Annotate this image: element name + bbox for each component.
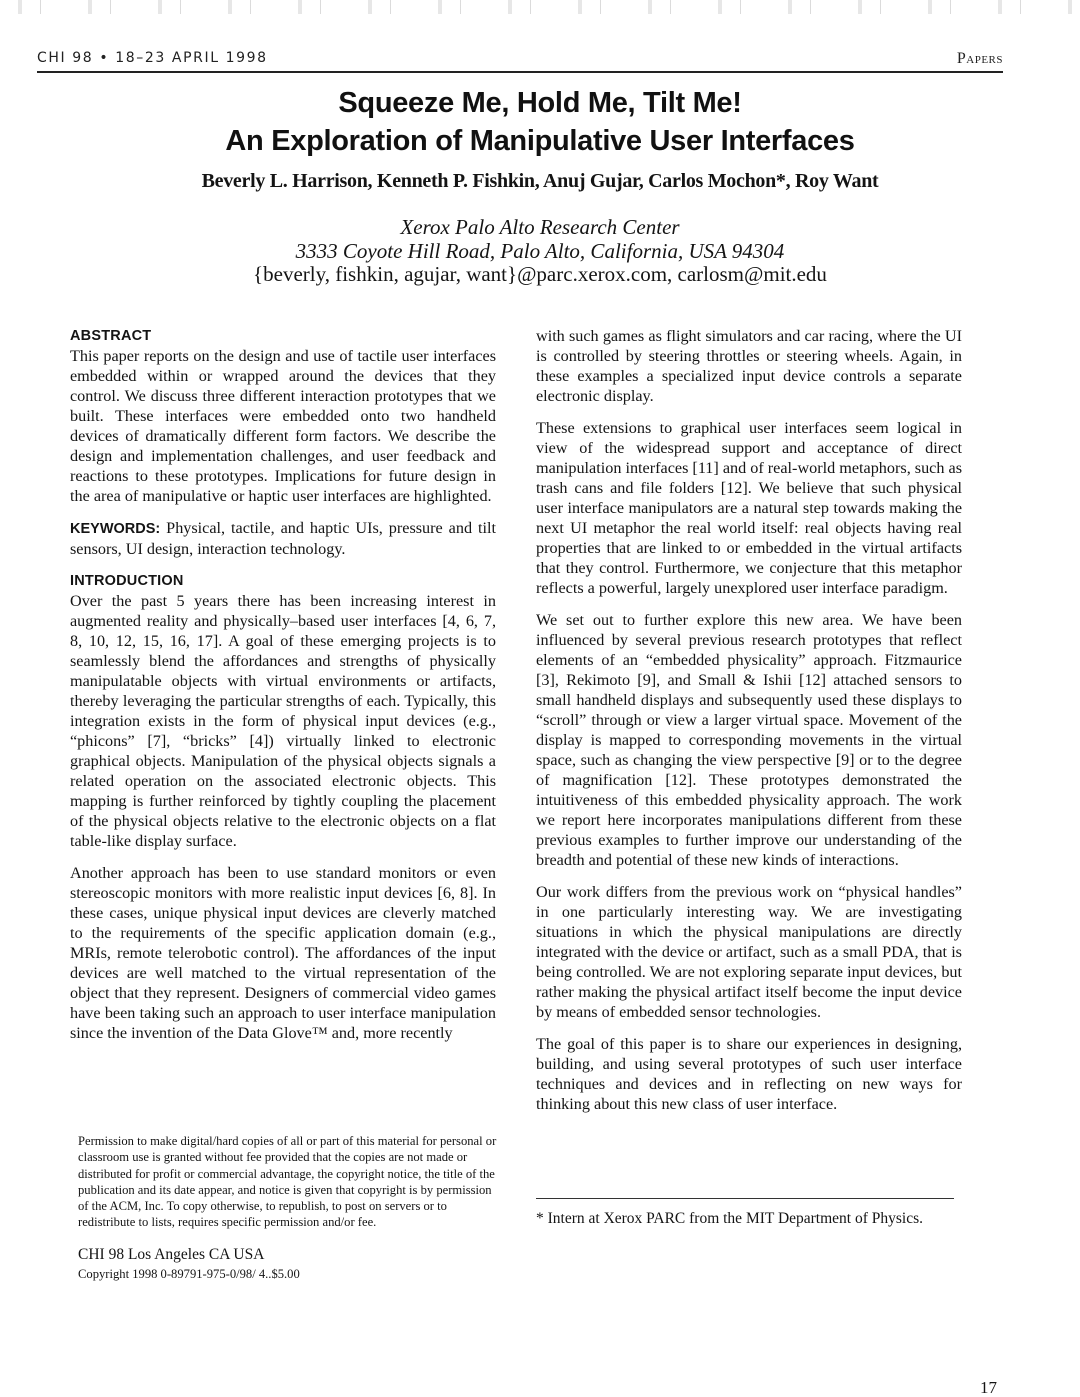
footnote-rule [536, 1198, 954, 1199]
author-list: Beverly L. Harrison, Kenneth P. Fishkin,… [0, 170, 1080, 193]
paper-title-line-2: An Exploration of Manipulative User Inte… [0, 125, 1080, 158]
right-paragraph-2: These extensions to graphical user inter… [536, 418, 962, 598]
intro-paragraph-1: Over the past 5 years there has been inc… [70, 591, 496, 851]
page-number: 17 [980, 1378, 997, 1397]
header-rule [37, 71, 1003, 73]
footnote: * Intern at Xerox PARC from the MIT Depa… [536, 1210, 968, 1228]
right-paragraph-4: Our work differs from the previous work … [536, 882, 962, 1022]
scan-artifact [0, 0, 1080, 14]
paper-title-line-1: Squeeze Me, Hold Me, Tilt Me! [0, 87, 1080, 120]
keywords: KEYWORDS: Physical, tactile, and haptic … [70, 518, 496, 559]
keywords-label: KEYWORDS: [70, 521, 160, 537]
right-paragraph-3: We set out to further explore this new a… [536, 610, 962, 870]
affiliation-org: Xerox Palo Alto Research Center [0, 215, 1080, 240]
left-column: ABSTRACT This paper reports on the desig… [70, 326, 496, 1043]
introduction-heading: INTRODUCTION [70, 571, 496, 591]
right-column: with such games as flight simulators and… [536, 326, 962, 1114]
abstract-text: This paper reports on the design and use… [70, 346, 496, 506]
right-paragraph-5: The goal of this paper is to share our e… [536, 1034, 962, 1114]
affiliation-address: 3333 Coyote Hill Road, Palo Alto, Califo… [0, 239, 1080, 264]
conference-location: CHI 98 Los Angeles CA USA [78, 1246, 264, 1264]
affiliation-emails: {beverly, fishkin, agujar, want}@parc.xe… [0, 262, 1080, 287]
running-head-conference: CHI 98 • 18–23 APRIL 1998 [37, 50, 268, 66]
abstract-heading: ABSTRACT [70, 326, 496, 346]
right-paragraph-1: with such games as flight simulators and… [536, 326, 962, 406]
copyright-line: Copyright 1998 0-89791-975-0/98/ 4..$5.0… [78, 1267, 300, 1282]
permission-notice: Permission to make digital/hard copies o… [78, 1133, 498, 1231]
intro-paragraph-2: Another approach has been to use standar… [70, 863, 496, 1043]
running-head-section: Papers [957, 50, 1003, 68]
